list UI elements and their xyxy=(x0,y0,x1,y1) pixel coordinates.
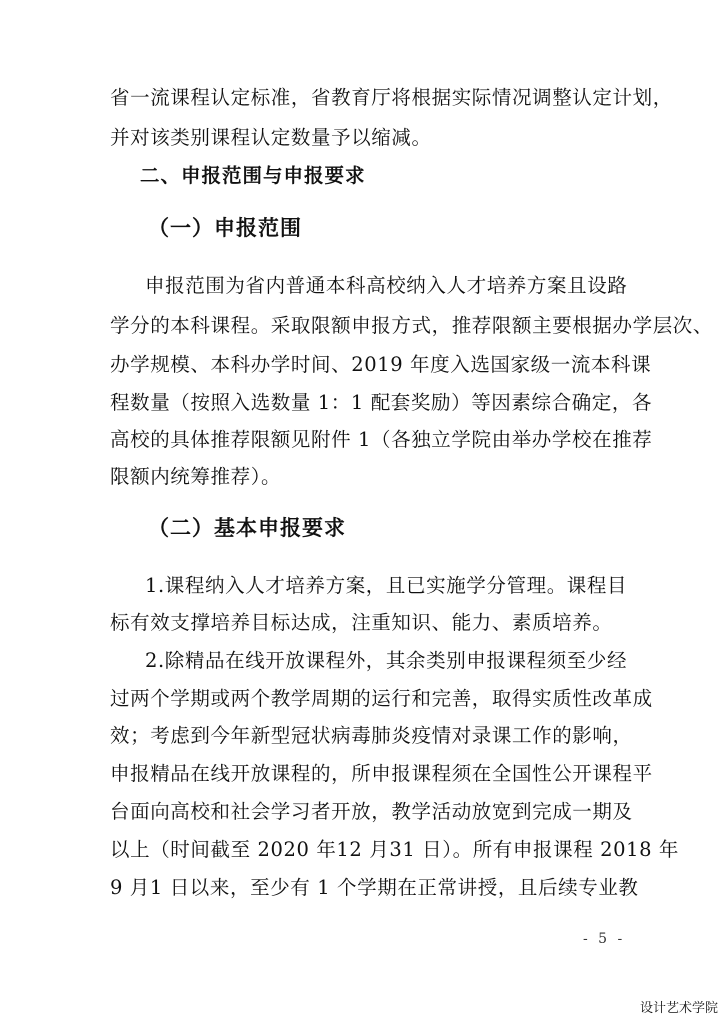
body-text-line: 过两个学期或两个教学周期的运行和完善，取得实质性改革成 xyxy=(110,683,653,711)
body-text-line: 效；考虑到今年新型冠状病毒肺炎疫情对录课工作的影响， xyxy=(110,720,633,748)
body-text-line: 2.除精品在线开放课程外，其余类别申报课程须至少经 xyxy=(145,645,627,673)
body-text-line: 程数量（按照入选数量 1：1 配套奖励）等因素综合确定，各 xyxy=(110,387,652,415)
subsection-heading: （二）基本申报要求 xyxy=(148,512,346,542)
watermark: 设计艺术学院 xyxy=(640,997,718,1016)
body-text-line: 9 月1 日以来，至少有 1 个学期在正常讲授，且后续专业教 xyxy=(110,872,639,900)
body-text-line: 高校的具体推荐限额见附件 1（各独立学院由举办学校在推荐 xyxy=(110,424,652,452)
body-text-line: 1.课程纳入人才培养方案，且已实施学分管理。课程目 xyxy=(145,570,627,598)
subsection-heading: （一）申报范围 xyxy=(148,212,302,242)
body-text-line: 省一流课程认定标准，省教育厅将根据实际情况调整认定计划， xyxy=(110,82,673,110)
page-number: - 5 - xyxy=(583,931,625,947)
body-text-line: 标有效支撑培养目标达成，注重知识、能力、素质培养。 xyxy=(110,607,613,635)
body-text-line: 办学规模、本科办学时间、2019 年度入选国家级一流本科课 xyxy=(110,349,651,377)
section-heading: 二、申报范围与申报要求 xyxy=(140,160,366,188)
body-text-line: 学分的本科课程。采取限额申报方式，推荐限额主要根据办学层次、 xyxy=(110,310,713,338)
body-text-line: 台面向高校和社会学习者开放，教学活动放宽到完成一期及 xyxy=(110,796,633,824)
body-text-line: 限额内统筹推荐）。 xyxy=(110,461,281,489)
body-text-line: 以上（时间截至 2020 年12 月31 日）。所有申报课程 2018 年 xyxy=(110,834,679,862)
body-text-line: 并对该类别课程认定数量予以缩减。 xyxy=(110,122,432,150)
body-text-line: 申报精品在线开放课程的，所申报课程须在全国性公开课程平 xyxy=(110,758,653,786)
body-text-line: 申报范围为省内普通本科高校纳入人才培养方案且设路 xyxy=(145,270,627,298)
